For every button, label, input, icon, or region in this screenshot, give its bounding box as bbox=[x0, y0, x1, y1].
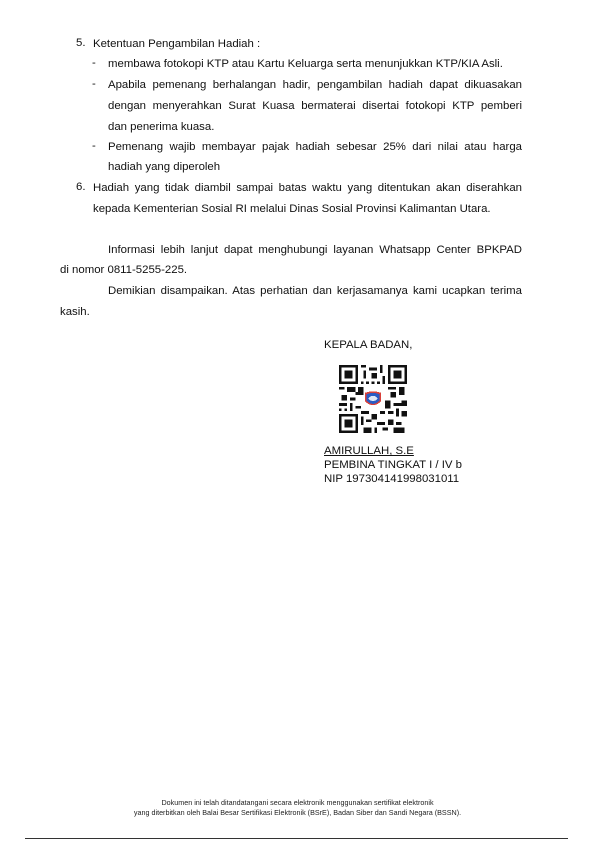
bullet-marker: - bbox=[92, 57, 96, 69]
signatory-name: AMIRULLAH, S.E bbox=[324, 445, 414, 459]
closing-paragraph: Demikian disampaikan. Atas perhatian dan… bbox=[108, 284, 522, 298]
info-paragraph: Informasi lebih lanjut dapat menghubungi… bbox=[108, 243, 522, 257]
info-paragraph: di nomor 0811-5255-225. bbox=[60, 263, 187, 277]
footer-note-line2: yang diterbitkan oleh Balai Besar Sertif… bbox=[0, 808, 595, 818]
list-number-5: 5. bbox=[76, 37, 86, 49]
bullet-text: hadiah yang diperoleh bbox=[108, 160, 220, 174]
item-6-text: Hadiah yang tidak diambil sampai batas w… bbox=[93, 181, 522, 195]
item-5-heading: Ketentuan Pengambilan Hadiah : bbox=[93, 37, 260, 51]
footer-note-line1: Dokumen ini telah ditandatangani secara … bbox=[0, 798, 595, 808]
bullet-text: Pemenang wajib membayar pajak hadiah seb… bbox=[108, 140, 522, 154]
bullet-text: dengan menyerahkan Surat Kuasa bermatera… bbox=[108, 99, 522, 113]
closing-paragraph: kasih. bbox=[60, 305, 90, 319]
bullet-text: dan penerima kuasa. bbox=[108, 120, 214, 134]
bullet-text: membawa fotokopi KTP atau Kartu Keluarga… bbox=[108, 57, 503, 71]
list-number-6: 6. bbox=[76, 181, 86, 193]
bullet-marker: - bbox=[92, 78, 96, 90]
signature-title: KEPALA BADAN, bbox=[324, 339, 412, 353]
qr-code-icon bbox=[339, 365, 407, 433]
footer-divider bbox=[25, 838, 568, 839]
signatory-rank: PEMBINA TINGKAT I / IV b bbox=[324, 459, 462, 473]
bullet-marker: - bbox=[92, 140, 96, 152]
item-6-text: kepada Kementerian Sosial RI melalui Din… bbox=[93, 202, 491, 216]
bullet-text: Apabila pemenang berhalangan hadir, peng… bbox=[108, 78, 522, 92]
signatory-nip: NIP 197304141998031011 bbox=[324, 473, 459, 487]
